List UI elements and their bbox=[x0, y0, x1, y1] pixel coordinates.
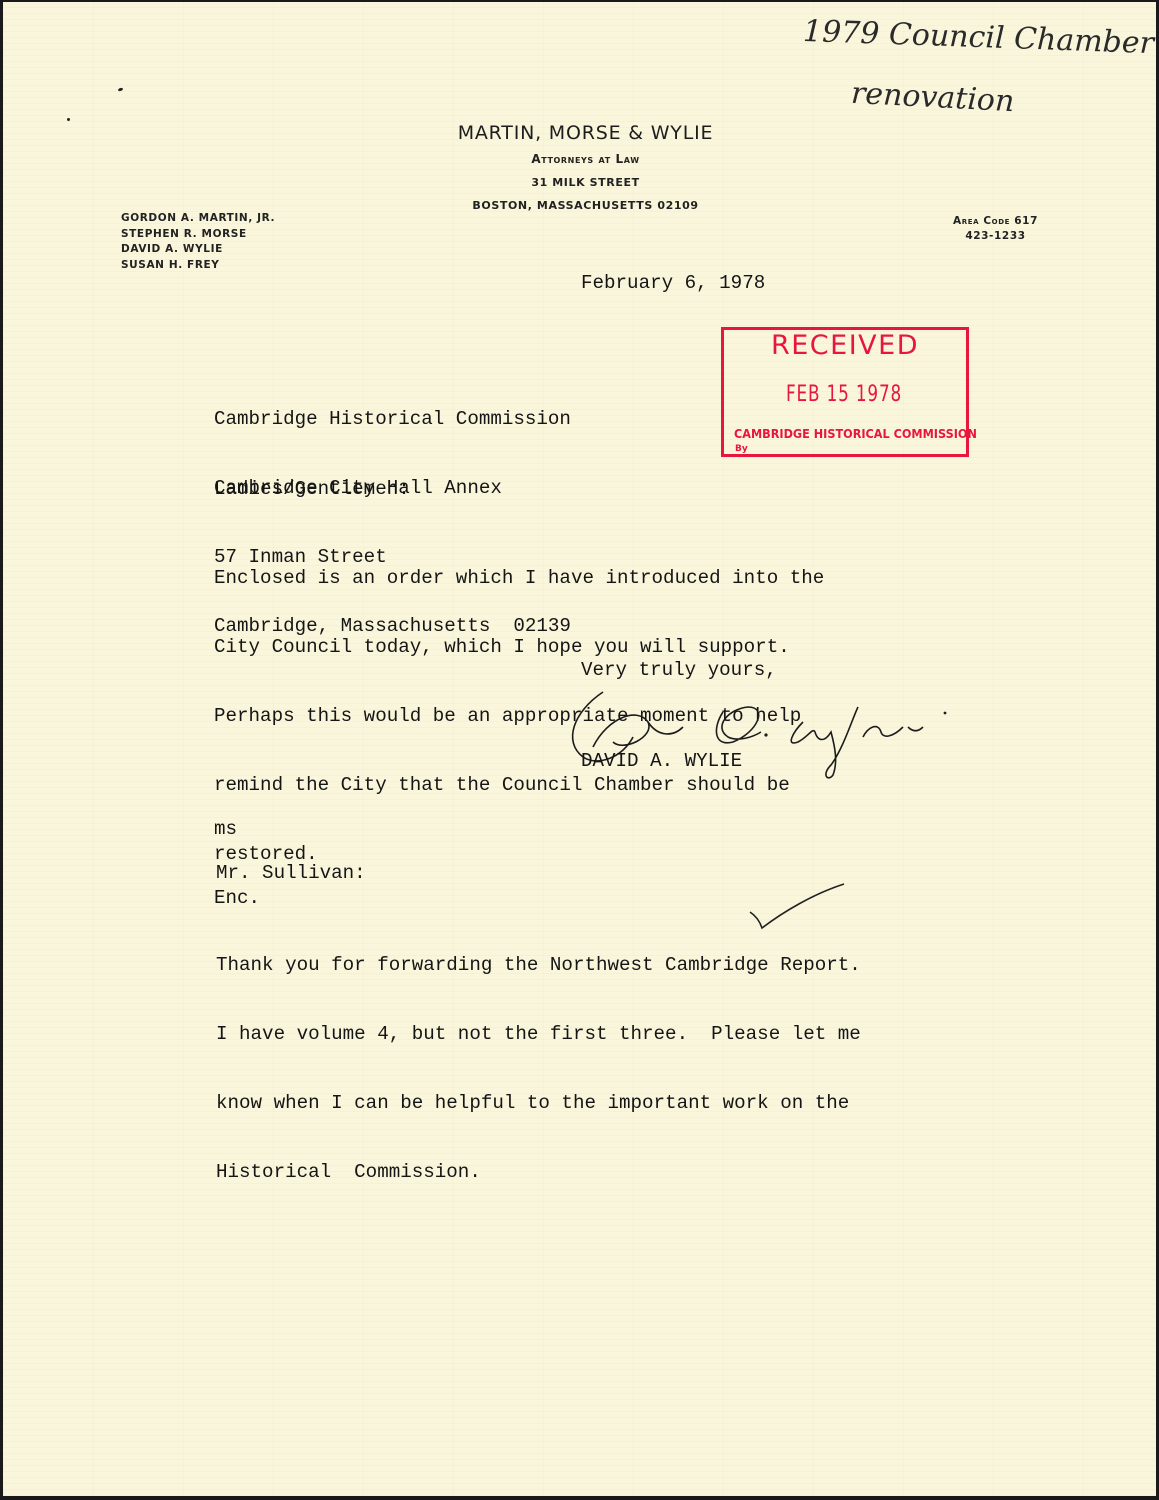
letter-page: 1979 Council Chamber renovation MARTIN, … bbox=[3, 2, 1156, 1496]
address-line: Cambridge Historical Commission bbox=[214, 408, 571, 431]
stamp-organization: CAMBRIDGE HISTORICAL COMMISSION bbox=[734, 426, 977, 441]
typist-initials: ms bbox=[214, 818, 260, 841]
postscript-body: Thank you for forwarding the Northwest C… bbox=[216, 908, 861, 1230]
stamp-signature-line bbox=[754, 454, 964, 455]
checkmark-icon bbox=[748, 882, 848, 937]
postscript-salutation: Mr. Sullivan: bbox=[216, 862, 366, 885]
stamp-title: RECEIVED bbox=[724, 330, 966, 361]
stamp-date: FEB 15 1978 bbox=[786, 382, 902, 407]
handwritten-note-line2: renovation bbox=[850, 76, 1015, 120]
postscript-line: Thank you for forwarding the Northwest C… bbox=[216, 954, 861, 977]
closing: Very truly yours, bbox=[581, 659, 777, 682]
ink-speck bbox=[118, 87, 124, 92]
firm-phone-block: Area Code 617 423-1233 bbox=[953, 214, 1038, 244]
partner-name: STEPHEN R. MORSE bbox=[121, 227, 275, 243]
signer-name: DAVID A. WYLIE bbox=[581, 750, 742, 773]
ink-speck bbox=[67, 118, 70, 121]
postscript-line: know when I can be helpful to the import… bbox=[216, 1092, 861, 1115]
stamp-by-label: By bbox=[735, 444, 748, 454]
firm-subtitle: Attorneys at Law bbox=[423, 152, 748, 166]
enclosure-notation: Enc. bbox=[214, 887, 260, 910]
firm-name: MARTIN, MORSE & WYLIE bbox=[423, 122, 748, 144]
letter-date: February 6, 1978 bbox=[581, 272, 765, 295]
body-line: City Council today, which I hope you wil… bbox=[214, 636, 824, 659]
body-line: Enclosed is an order which I have introd… bbox=[214, 567, 824, 590]
partner-name: SUSAN H. FREY bbox=[121, 258, 275, 274]
received-stamp: RECEIVED FEB 15 1978 CAMBRIDGE HISTORICA… bbox=[721, 327, 969, 457]
area-code: Area Code 617 bbox=[953, 214, 1038, 229]
postscript-line: Historical Commission. bbox=[216, 1161, 861, 1184]
firm-city: BOSTON, MASSACHUSETTS 02109 bbox=[443, 199, 728, 212]
partner-name: DAVID A. WYLIE bbox=[121, 242, 275, 258]
firm-street: 31 MILK STREET bbox=[423, 176, 748, 189]
partner-list: GORDON A. MARTIN, JR. STEPHEN R. MORSE D… bbox=[121, 211, 275, 273]
salutation: Ladies/Gentlemen: bbox=[214, 478, 410, 501]
handwritten-note-line1: 1979 Council Chamber bbox=[802, 14, 1154, 61]
partner-name: GORDON A. MARTIN, JR. bbox=[121, 211, 275, 227]
phone-number: 423-1233 bbox=[953, 229, 1038, 244]
postscript-line: I have volume 4, but not the first three… bbox=[216, 1023, 861, 1046]
